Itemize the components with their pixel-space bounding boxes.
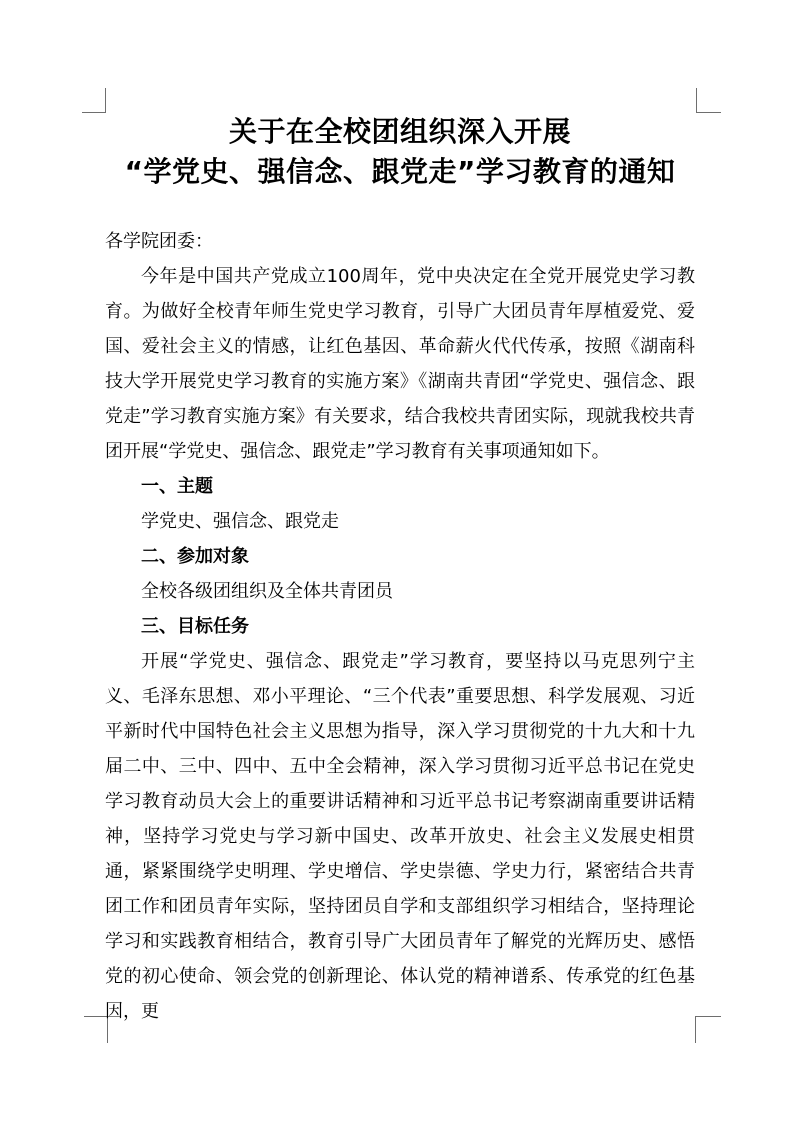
section-1-body: 学党史、强信念、跟党走 [105,504,695,539]
section-2-heading: 二、参加对象 [105,539,695,574]
document-title-line-1: 关于在全校团组织深入开展 [105,112,695,152]
section-2-body: 全校各级团组织及全体共青团员 [105,574,695,609]
section-3-body: 开展“学党史、强信念、跟党走”学习教育，要坚持以马克思列宁主义、毛泽东思想、邓小… [105,644,695,1029]
crop-mark-top-right [696,88,721,113]
salutation: 各学院团委： [105,224,695,259]
crop-mark-top-left [82,88,106,113]
section-3-heading: 三、目标任务 [105,609,695,644]
intro-paragraph: 今年是中国共产党成立100周年，党中央决定在全党开展党史学习教育。为做好全校青年… [105,259,695,469]
section-1-heading: 一、主题 [105,469,695,504]
document-body: 关于在全校团组织深入开展 “学党史、强信念、跟党走”学习教育的通知 各学院团委：… [105,112,695,1029]
document-page: 关于在全校团组织深入开展 “学党史、强信念、跟党走”学习教育的通知 各学院团委：… [0,0,794,1123]
document-title-line-2: “学党史、强信念、跟党走”学习教育的通知 [105,152,695,192]
crop-mark-bottom-right [695,1016,721,1043]
document-title: 关于在全校团组织深入开展 “学党史、强信念、跟党走”学习教育的通知 [105,112,695,192]
